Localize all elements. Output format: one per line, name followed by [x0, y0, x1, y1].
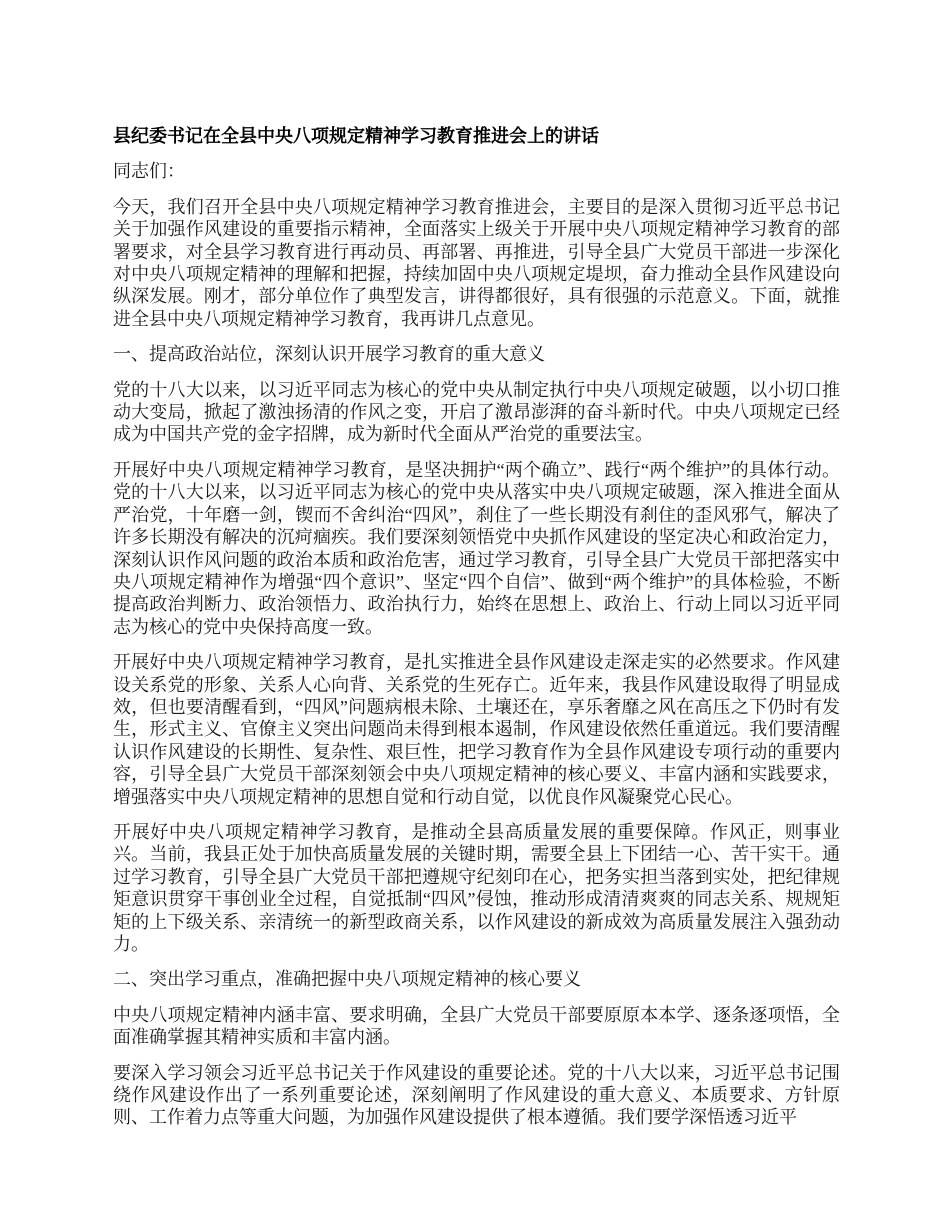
- salutation: 同志们：: [113, 160, 840, 182]
- paragraph-section1-intro: 党的十八大以来，以习近平同志为核心的党中央从制定执行中央八项规定破题，以小切口推…: [113, 379, 840, 446]
- section-heading-1: 一、提高政治站位，深刻认识开展学习教育的重大意义: [113, 343, 840, 365]
- document-title: 县纪委书记在全县中央八项规定精神学习教育推进会上的讲话: [113, 125, 840, 147]
- paragraph-opening: 今天，我们召开全县中央八项规定精神学习教育推进会，主要目的是深入贯彻习近平总书记…: [113, 196, 840, 330]
- paragraph-section1-point1: 开展好中央八项规定精神学习教育，是坚决拥护“两个确立”、践行“两个维护”的具体行…: [113, 459, 840, 638]
- paragraph-section2-point1-truncated: 要深入学习领会习近平总书记关于作风建设的重要论述。党的十八大以来，习近平总书记围…: [113, 1062, 840, 1129]
- section-heading-2: 二、突出学习重点，准确把握中央八项规定精神的核心要义: [113, 968, 840, 990]
- paragraph-section1-point2: 开展好中央八项规定精神学习教育，是扎实推进全县作风建设走深走实的必然要求。作风建…: [113, 651, 840, 808]
- document-page: 县纪委书记在全县中央八项规定精神学习教育推进会上的讲话 同志们： 今天，我们召开…: [0, 0, 950, 1230]
- paragraph-section1-point3: 开展好中央八项规定精神学习教育，是推动全县高质量发展的重要保障。作风正，则事业兴…: [113, 821, 840, 955]
- paragraph-section2-intro: 中央八项规定精神内涵丰富、要求明确，全县广大党员干部要原原本本学、逐条逐项悟，全…: [113, 1004, 840, 1049]
